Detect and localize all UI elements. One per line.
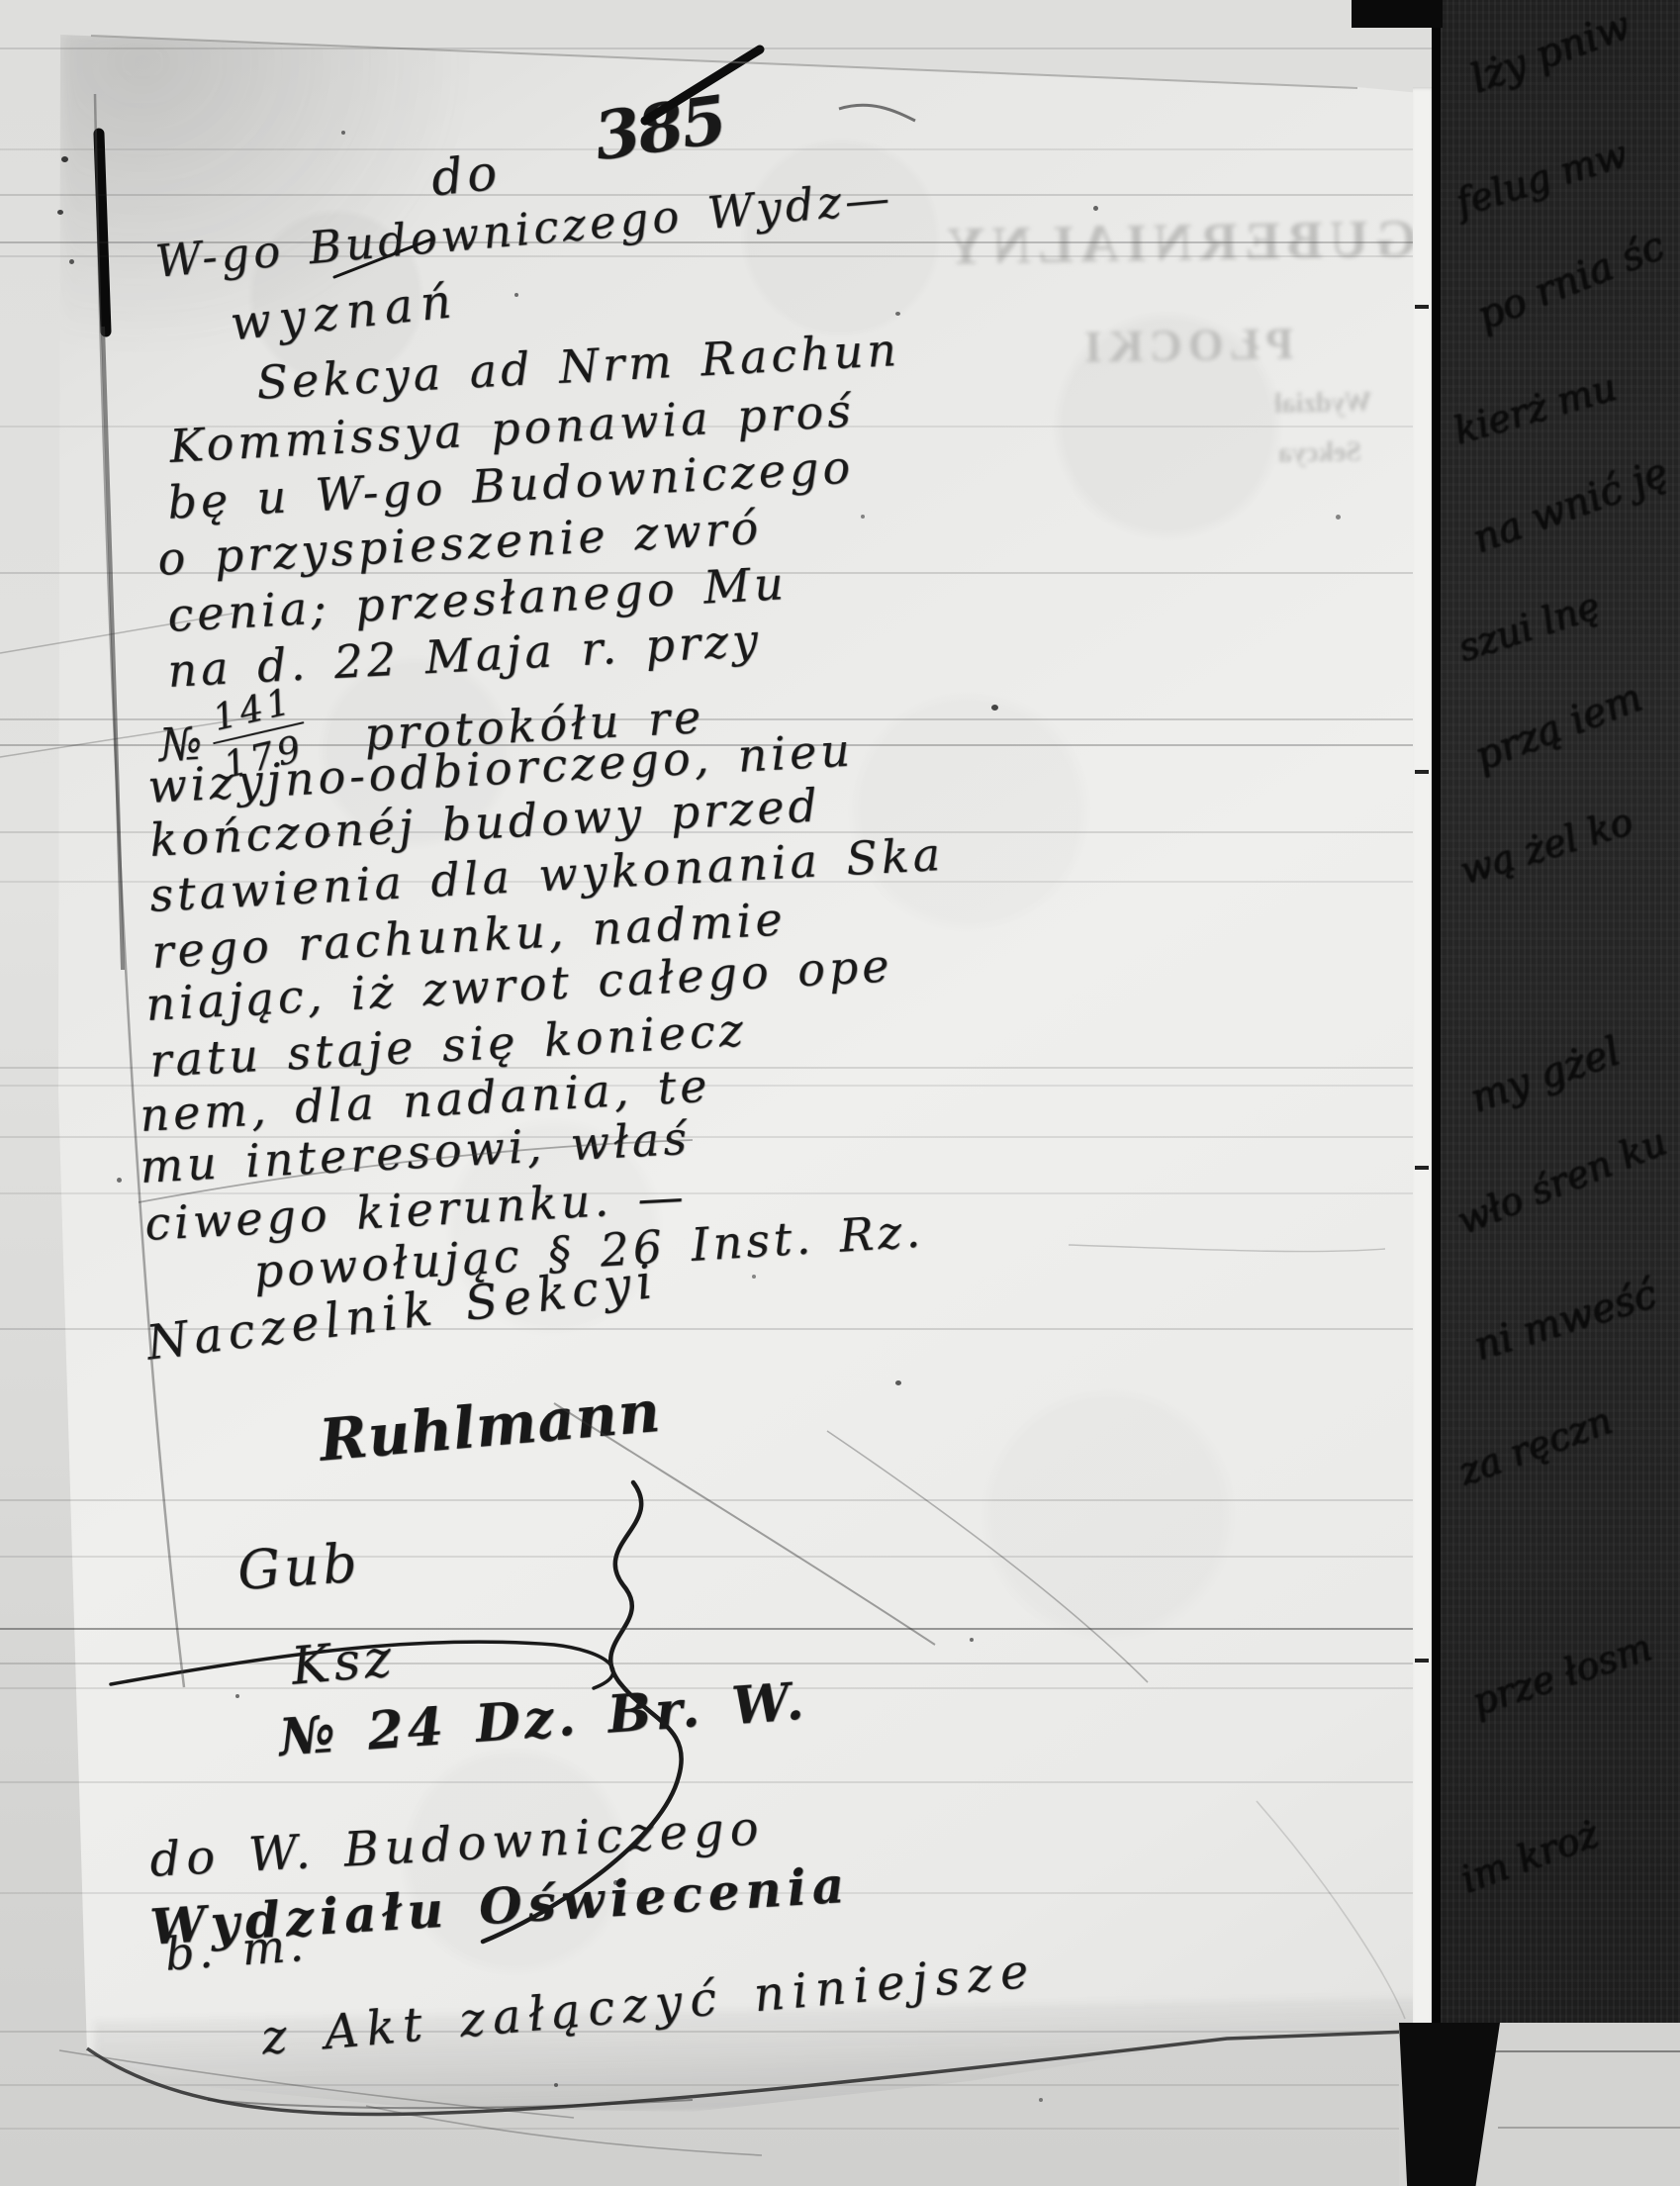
dust-speck: [752, 1275, 756, 1279]
adjacent-page-ghost-writing: na wnić ję: [1466, 449, 1674, 562]
adjacent-page-ghost-writing: ni mweść: [1468, 1271, 1661, 1370]
salutation-do: do: [428, 143, 504, 208]
dust-speck: [69, 259, 74, 264]
sliver-tick: [1415, 305, 1429, 309]
scan-line-artifact: [1498, 2127, 1680, 2129]
dust-speck: [554, 2083, 558, 2087]
dust-speck: [895, 1380, 901, 1385]
adjacent-page-ghost-writing: lży pniw: [1464, 3, 1635, 103]
scan-line-artifact: [0, 48, 1680, 49]
dust-speck: [61, 156, 68, 162]
dust-speck: [895, 312, 900, 316]
adjacent-page-ghost-writing: po rnia śc: [1470, 223, 1670, 338]
bleedthrough-letterhead-line4: Sekcya: [1278, 436, 1362, 469]
adjacent-page-ghost-writing: felug mw: [1450, 132, 1632, 225]
gutter-top-notch: [1352, 0, 1443, 28]
scratch-bottom-curve: [366, 2106, 762, 2155]
bleedthrough-letterhead-line3: Wydział: [1274, 387, 1372, 421]
annotation-place: b. m.: [163, 1918, 309, 1981]
adjacent-page-ghost-writing: im kroż: [1454, 1812, 1604, 1902]
sliver-tick: [1415, 770, 1429, 774]
dust-speck: [1093, 206, 1098, 211]
adjacent-page-ghost-writing: za ręczn: [1452, 1398, 1618, 1493]
signature: Ruhlmann: [317, 1378, 663, 1474]
archival-scan: RZĄD GUBERNIALNY PŁOCKI Wydział Sekcya 3…: [0, 0, 1680, 2186]
dust-speck: [341, 131, 345, 135]
dust-speck: [613, 1880, 618, 1885]
adjacent-page-ghost-writing: szui lnę: [1452, 583, 1605, 669]
adjacent-page-ghost-writing: przą iem: [1468, 675, 1648, 780]
page-number: 385: [590, 81, 729, 176]
sliver-tick: [1415, 1166, 1429, 1170]
adjacent-page-ghost-writing: wło śren ku: [1450, 1119, 1672, 1243]
dust-speck: [514, 293, 518, 297]
sliver-tick: [1415, 1659, 1429, 1663]
dust-speck: [235, 1694, 239, 1698]
annotation-initial1: Gub: [235, 1531, 363, 1602]
dust-speck: [1336, 515, 1341, 520]
dust-speck: [327, 833, 330, 837]
book-gutter-dark-band: lży pniw felug mw po rnia śc kierż mu na…: [1432, 0, 1680, 2027]
dust-speck: [991, 705, 998, 711]
adjacent-page-ghost-writing: kierż mu: [1448, 365, 1621, 453]
dust-speck: [861, 515, 865, 519]
adjacent-page-ghost-writing: my gżel: [1464, 1028, 1626, 1121]
dust-speck: [1039, 2098, 1043, 2102]
adjacent-page-ghost-writing: prze łosm: [1466, 1625, 1656, 1724]
adjacent-page-ghost-writing: wą żel ko: [1454, 799, 1637, 893]
bleedthrough-letterhead-line2: PŁOCKI: [1078, 317, 1294, 373]
dust-speck: [970, 1638, 974, 1642]
dust-speck: [57, 210, 63, 215]
dust-speck: [117, 1178, 122, 1183]
